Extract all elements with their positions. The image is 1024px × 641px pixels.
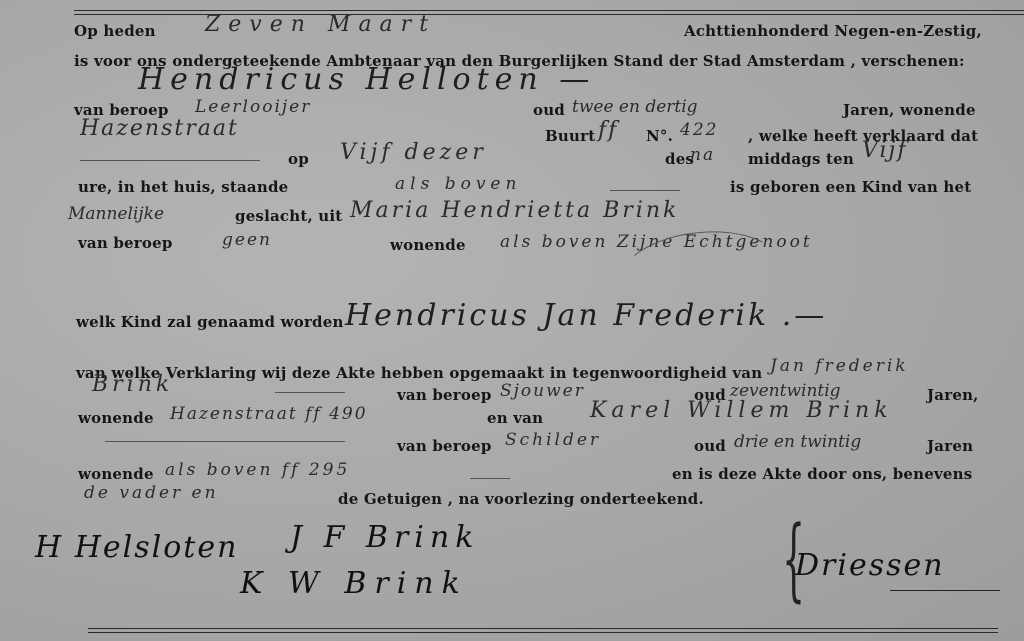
printed-geslacht-uit: geslacht, uit	[235, 207, 342, 225]
printed-op: op	[288, 150, 309, 168]
printed-van-beroep-2: van beroep	[78, 234, 173, 252]
fill-dash	[80, 160, 260, 161]
printed-op-heden: Op heden	[74, 22, 156, 40]
printed-oud-1: oud	[533, 101, 565, 119]
printed-van-beroep-3: van beroep	[397, 386, 492, 404]
printed-buurt: Buurt	[545, 127, 595, 145]
handwritten-birth-hour: Vijf	[862, 138, 908, 163]
printed-en-van: en van	[487, 409, 543, 427]
handwritten-declarant-name: Hendricus Helloten —	[138, 62, 595, 97]
handwritten-date: Zeven Maart	[205, 12, 436, 37]
handwritten-mother-occupation: geen	[222, 230, 272, 250]
signature-underline	[890, 590, 1000, 591]
handwritten-witness1-name-b: Brink	[92, 372, 173, 397]
printed-ure-huis: ure, in het huis, staande	[78, 178, 288, 196]
handwritten-child-name: Hendricus Jan Frederik .—	[345, 298, 827, 333]
printed-middags-ten: middags ten	[748, 150, 854, 168]
printed-genaamd-worden: welk Kind zal genaamd worden	[76, 313, 344, 331]
handwritten-birth-house: als boven	[395, 174, 521, 194]
handwritten-child-sex: Mannelijke	[68, 204, 164, 224]
printed-oud-3: oud	[694, 437, 726, 455]
handwritten-witness1-occupation: Sjouwer	[500, 381, 585, 401]
handwritten-witness2-age: drie en twintig	[734, 432, 861, 452]
printed-geboren: is geboren een Kind van het	[730, 178, 971, 196]
bottom-double-rule	[88, 628, 998, 633]
birth-record-page: Op heden Zeven Maart Achttienhonderd Neg…	[0, 0, 1024, 641]
signature-witness1: J F Brink	[290, 520, 479, 555]
handwritten-buurt: ff	[598, 118, 618, 143]
handwritten-birth-day: Vijf dezer	[340, 140, 487, 165]
printed-year: Achttienhonderd Negen-en-Zestig,	[684, 22, 982, 40]
printed-jaren-3: Jaren	[927, 437, 973, 455]
printed-van-beroep-4: van beroep	[397, 437, 492, 455]
fill-dash	[470, 478, 510, 479]
handwritten-witness1-residence: Hazenstraat ff 490	[170, 404, 368, 424]
handwritten-witness2-residence: als boven ff 295	[165, 460, 350, 480]
handwritten-witness1-name-a: Jan frederik	[770, 356, 909, 376]
printed-number-label: N°.	[646, 127, 673, 145]
handwritten-house-number: 422	[680, 120, 718, 140]
printed-jaren-2: Jaren,	[927, 386, 979, 404]
signature-registrar: Driessen	[795, 548, 945, 583]
printed-wonende-3: wonende	[78, 465, 154, 483]
fill-dash	[275, 392, 345, 393]
printed-wonende-2: wonende	[78, 409, 154, 427]
printed-akte-door-ons: en is deze Akte door ons, benevens	[672, 465, 972, 483]
signature-witness2: K W Brink	[240, 566, 468, 601]
printed-verklaring: van welke Verklaring wij deze Akte hebbe…	[76, 364, 762, 382]
handwritten-witness2-occupation: Schilder	[505, 430, 601, 450]
handwritten-mother-name: Maria Hendrietta Brink	[350, 198, 679, 223]
printed-jaren-wonende: Jaren, wonende	[843, 101, 976, 119]
handwritten-day-part: na	[690, 145, 715, 165]
handwritten-declarant-occupation: Leerlooijer	[195, 97, 311, 117]
signature-father: H Helsloten	[35, 530, 238, 565]
handwritten-declarant-age: twee en dertig	[572, 97, 698, 117]
fill-dash	[105, 441, 345, 442]
handwritten-declarant-street: Hazenstraat	[80, 116, 239, 141]
printed-getuigen: de Getuigen , na voorlezing onderteekend…	[338, 490, 704, 508]
handwritten-witness2-name: Karel Willem Brink	[590, 398, 893, 423]
fill-dash	[610, 190, 680, 191]
handwritten-signer-note: de vader en	[84, 483, 219, 503]
printed-wonende-1: wonende	[390, 236, 466, 254]
